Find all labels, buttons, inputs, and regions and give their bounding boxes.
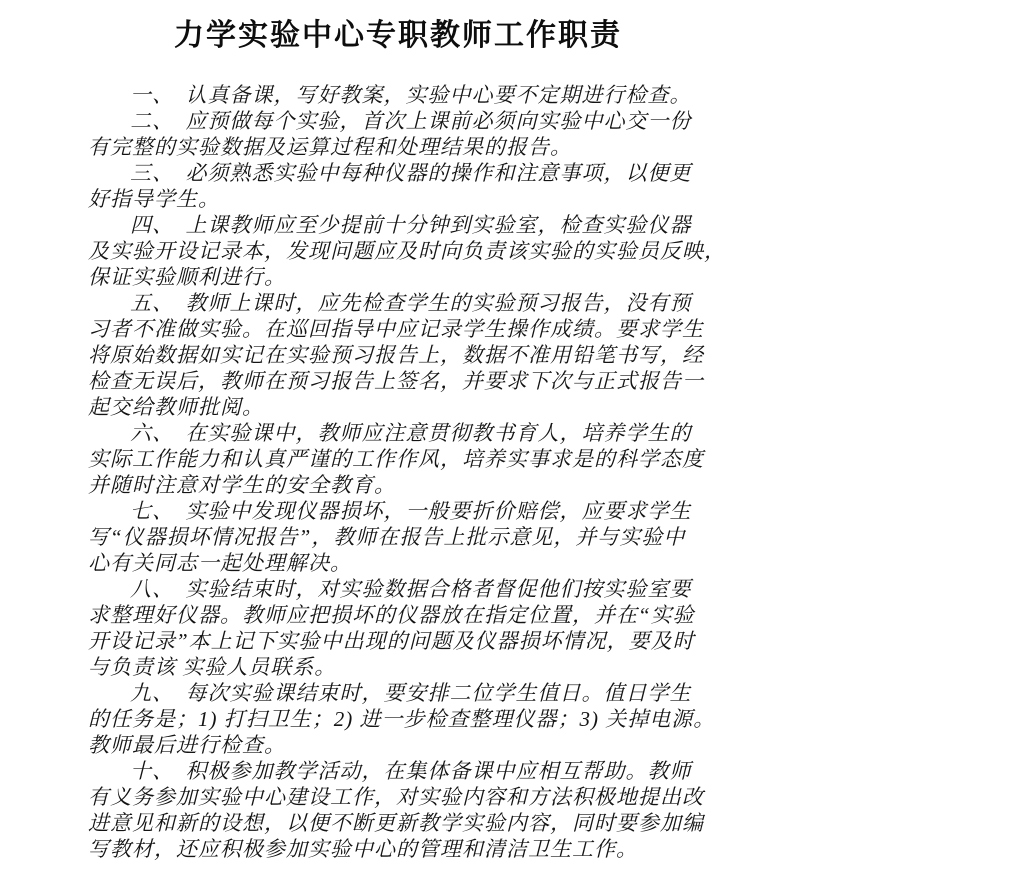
- document-body: 一、 认真备课，写好教案，实验中心要不定期进行检查。二、 应预做每个实验，首次上…: [88, 82, 788, 862]
- text-line: 开设记录”本上记下实验中出现的问题及仪器损坏情况，要及时: [88, 628, 788, 654]
- text-line: 起交给教师批阅。: [88, 394, 788, 420]
- text-line: 有义务参加实验中心建设工作，对实验内容和方法积极地提出改: [88, 784, 788, 810]
- text-line: 与负责该 实验人员联系。: [88, 654, 788, 680]
- text-line: 并随时注意对学生的安全教育。: [88, 472, 788, 498]
- text-line: 将原始数据如实记在实验预习报告上，数据不准用铅笔书写，经: [88, 342, 788, 368]
- document-title: 力学实验中心专职教师工作职责: [88, 10, 708, 54]
- text-line: 写教材，还应积极参加实验中心的管理和清洁卫生工作。: [88, 836, 788, 862]
- text-line: 三、 必须熟悉实验中每种仪器的操作和注意事项，以便更: [88, 160, 788, 186]
- text-line: 六、 在实验课中，教师应注意贯彻教书育人，培养学生的: [88, 420, 788, 446]
- text-line: 进意见和新的设想，以便不断更新教学实验内容，同时要参加编: [88, 810, 788, 836]
- text-line: 求整理好仪器。教师应把损坏的仪器放在指定位置，并在“实验: [88, 602, 788, 628]
- text-line: 八、 实验结束时，对实验数据合格者督促他们按实验室要: [88, 576, 788, 602]
- text-line: 教师最后进行检查。: [88, 732, 788, 758]
- document-page: 力学实验中心专职教师工作职责 一、 认真备课，写好教案，实验中心要不定期进行检查…: [0, 0, 1024, 872]
- text-line: 实际工作能力和认真严谨的工作作风，培养实事求是的科学态度: [88, 446, 788, 472]
- text-line: 习者不准做实验。在巡回指导中应记录学生操作成绩。要求学生: [88, 316, 788, 342]
- text-line: 保证实验顺利进行。: [88, 264, 788, 290]
- text-line: 好指导学生。: [88, 186, 788, 212]
- text-line: 二、 应预做每个实验，首次上课前必须向实验中心交一份: [88, 108, 788, 134]
- text-line: 心有关同志一起处理解决。: [88, 550, 788, 576]
- text-line: 及实验开设记录本，发现问题应及时向负责该实验的实验员反映，: [88, 238, 788, 264]
- text-line: 五、 教师上课时，应先检查学生的实验预习报告，没有预: [88, 290, 788, 316]
- text-line: 十、 积极参加教学活动，在集体备课中应相互帮助。教师: [88, 758, 788, 784]
- text-line: 检查无误后，教师在预习报告上签名，并要求下次与正式报告一: [88, 368, 788, 394]
- text-line: 七、 实验中发现仪器损坏，一般要折价赔偿，应要求学生: [88, 498, 788, 524]
- text-line: 的任务是；1) 打扫卫生；2) 进一步检查整理仪器；3) 关掉电源。: [88, 706, 788, 732]
- text-line: 有完整的实验数据及运算过程和处理结果的报告。: [88, 134, 788, 160]
- text-line: 九、 每次实验课结束时，要安排二位学生值日。值日学生: [88, 680, 788, 706]
- text-line: 一、 认真备课，写好教案，实验中心要不定期进行检查。: [88, 82, 788, 108]
- text-line: 四、 上课教师应至少提前十分钟到实验室，检查实验仪器: [88, 212, 788, 238]
- text-line: 写“仪器损坏情况报告”，教师在报告上批示意见，并与实验中: [88, 524, 788, 550]
